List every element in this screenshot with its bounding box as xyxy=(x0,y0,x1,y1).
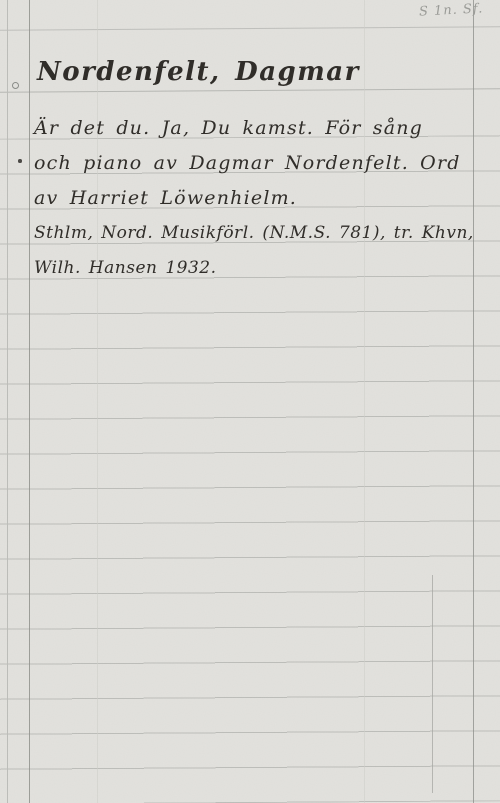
title-line: och piano av Dagmar Nordenfelt. Ord xyxy=(34,146,500,181)
entry-body: Är det du. Ja, Du kamst. För sång och pi… xyxy=(34,111,500,286)
entry-heading: Nordenfelt, Dagmar xyxy=(37,52,360,92)
margin-ring-mark xyxy=(12,82,19,89)
title-line: av Harriet Löwenhielm. xyxy=(34,181,500,216)
left-margin-line xyxy=(29,0,30,803)
margin-dot-mark xyxy=(18,159,22,163)
top-rule-line xyxy=(0,26,500,31)
imprint-line: Sthlm, Nord. Musikförl. (N.M.S. 781), tr… xyxy=(34,216,500,251)
left-edge-line xyxy=(7,0,8,803)
catalog-card: S 1n. Sf. Nordenfelt, Dagmar Är det du. … xyxy=(0,0,500,803)
title-line: Är det du. Ja, Du kamst. För sång xyxy=(34,111,500,146)
partial-vertical-line xyxy=(432,575,433,793)
imprint-line: Wilh. Hansen 1932. xyxy=(34,251,500,286)
